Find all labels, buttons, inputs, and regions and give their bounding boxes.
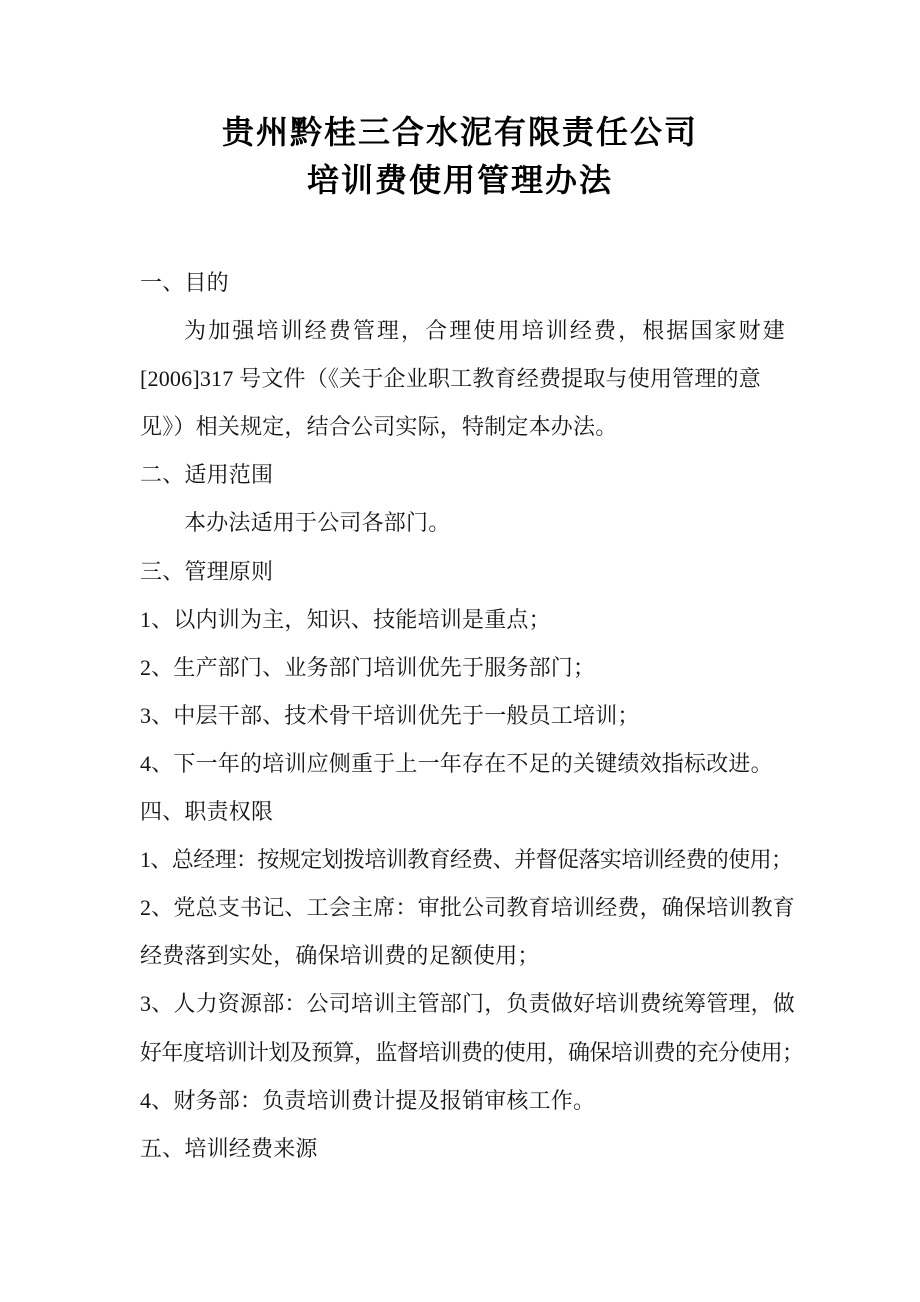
document-page: 贵州黔桂三合水泥有限责任公司 培训费使用管理办法 一、目的 为加强培训经费管理，… [0,0,920,1302]
paragraph-line: 见》）相关规定，结合公司实际，特制定本办法。 [140,403,785,451]
section-heading-4-duties: 四、职责权限 [140,788,785,836]
list-item: 3、中层干部、技术骨干培训优先于一般员工培训； [140,692,785,740]
document-body: 一、目的 为加强培训经费管理，合理使用培训经费，根据国家财建 [2006]317… [140,259,785,1173]
section-heading-2-scope: 二、适用范围 [140,451,785,499]
list-item: 1、以内训为主，知识、技能培训是重点； [140,596,785,644]
document-title-line-2: 培训费使用管理办法 [0,156,920,204]
list-item: 2、生产部门、业务部门培训优先于服务部门； [140,644,785,692]
list-item: 1、总经理：按规定划拨培训教育经费、并督促落实培训经费的使用； [140,836,785,884]
list-item-continuation: 经费落到实处，确保培训费的足额使用； [140,932,785,980]
document-title: 贵州黔桂三合水泥有限责任公司 培训费使用管理办法 [0,108,920,204]
list-item: 2、党总支书记、工会主席：审批公司教育培训经费，确保培训教育 [140,884,785,932]
list-item-continuation: 好年度培训计划及预算，监督培训费的使用，确保培训费的充分使用； [140,1029,785,1077]
paragraph-line: [2006]317 号文件（《关于企业职工教育经费提取与使用管理的意 [140,355,785,403]
section-heading-5-funding: 五、培训经费来源 [140,1125,785,1173]
paragraph-line: 本办法适用于公司各部门。 [140,499,785,547]
section-heading-3-principles: 三、管理原则 [140,548,785,596]
paragraph-line: 为加强培训经费管理，合理使用培训经费，根据国家财建 [140,307,785,355]
document-title-line-1: 贵州黔桂三合水泥有限责任公司 [0,108,920,156]
list-item: 3、人力资源部：公司培训主管部门，负责做好培训费统筹管理，做 [140,980,785,1028]
list-item: 4、下一年的培训应侧重于上一年存在不足的关键绩效指标改进。 [140,740,785,788]
section-heading-1-purpose: 一、目的 [140,259,785,307]
list-item: 4、财务部：负责培训费计提及报销审核工作。 [140,1077,785,1125]
